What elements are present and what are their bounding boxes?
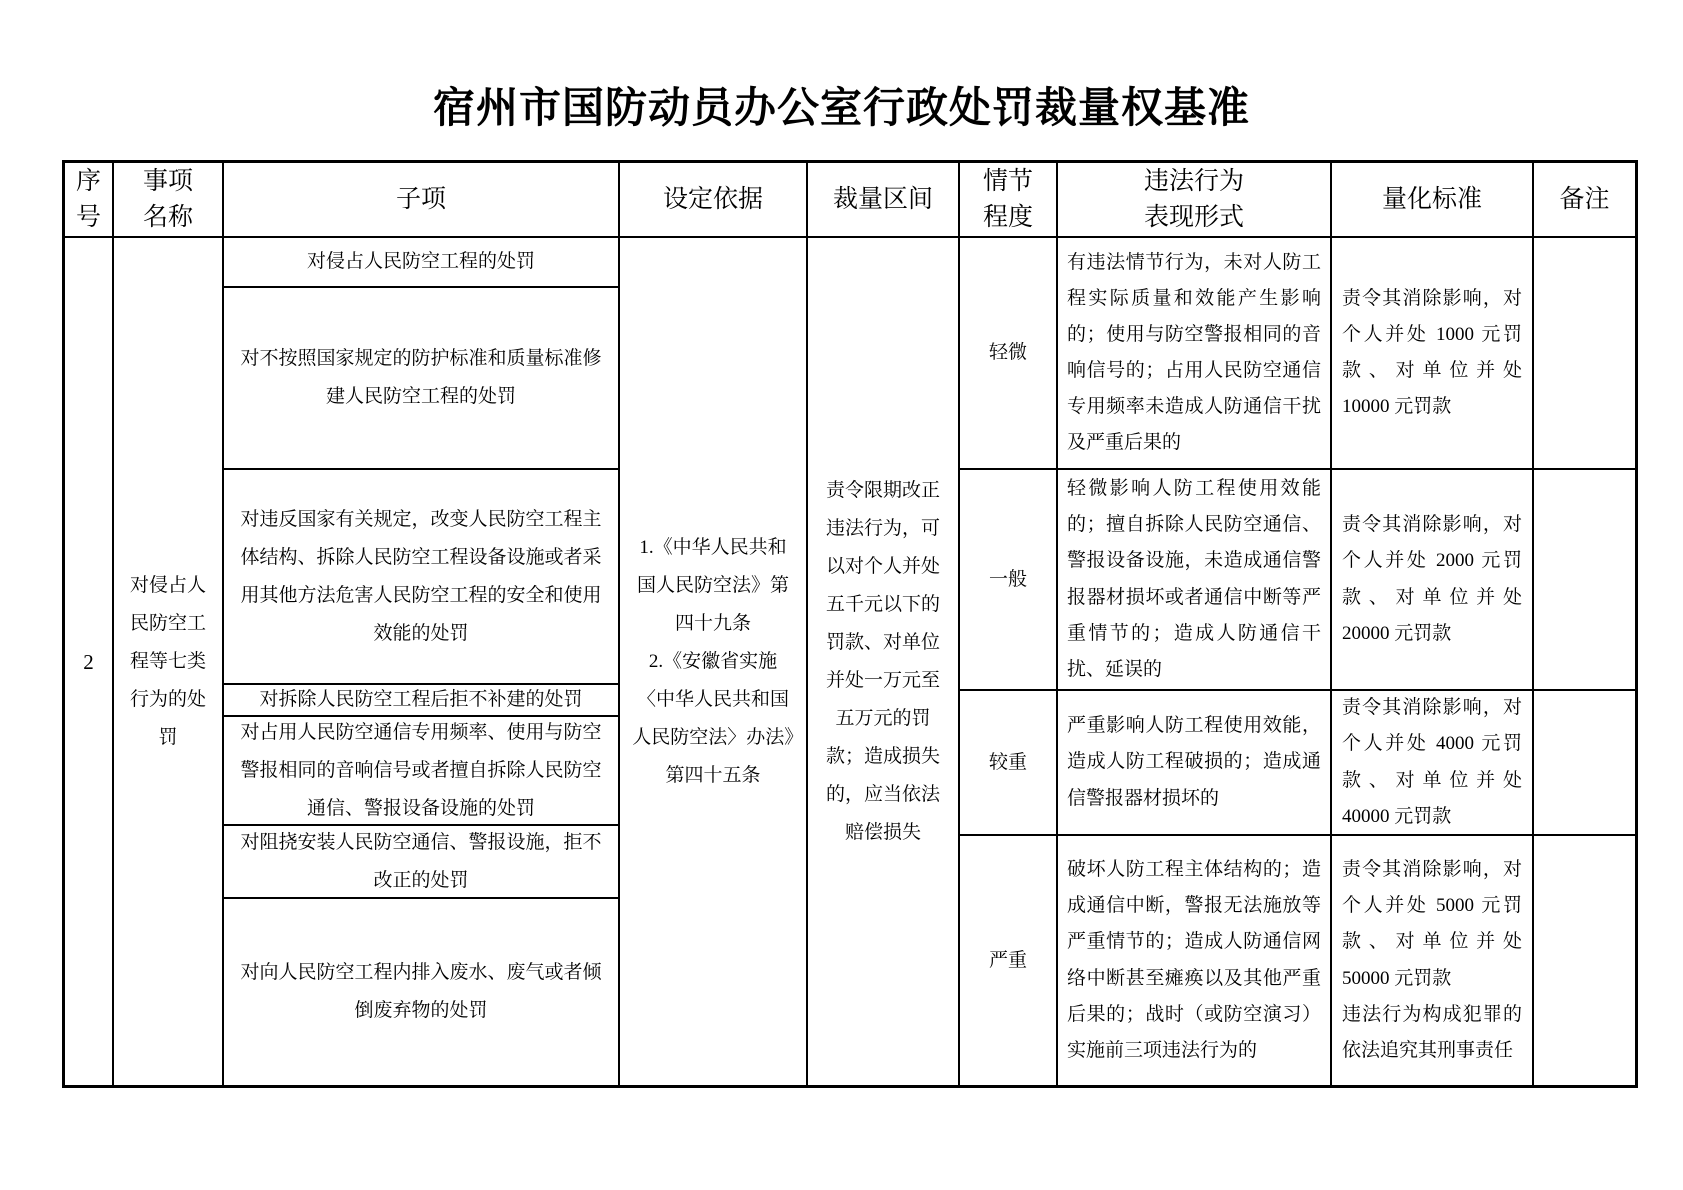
item-name-value: 对侵占人民防空工程等七类行为的处罚 — [114, 567, 222, 757]
standard-fine: 责令其消除影响，对个人并处 5000 元罚款、对单位并处 50000 元罚款 — [1342, 852, 1522, 996]
legal-basis-item: 2.《安徽省实施〈中华人民共和国人民防空法〉办法》第四十五条 — [630, 643, 796, 795]
header-standard: 量化标准 — [1332, 163, 1532, 238]
column-discretion-range: 裁量区间 责令限期改正违法行为，可以对个人并处五千元以下的罚款、对单位并处一万元… — [808, 163, 960, 1085]
remark-cell — [1534, 470, 1635, 691]
column-serial: 序号 2 — [65, 163, 114, 1085]
standard-cell: 责令其消除影响，对个人并处 4000 元罚款、对单位并处 40000 元罚款 — [1332, 691, 1532, 836]
header-discretion-range: 裁量区间 — [808, 163, 958, 238]
remark-cell — [1534, 836, 1635, 1085]
severity-level-cell: 较重 — [960, 691, 1056, 836]
behavior-cell: 严重影响人防工程使用效能，造成人防工程破损的；造成通信警报器材损坏的 — [1058, 691, 1330, 836]
standard-cell: 责令其消除影响，对个人并处 1000 元罚款、对单位并处 10000 元罚款 — [1332, 238, 1532, 470]
column-item-name: 事项名称 对侵占人民防空工程等七类行为的处罚 — [114, 163, 224, 1085]
column-standard: 量化标准 责令其消除影响，对个人并处 1000 元罚款、对单位并处 10000 … — [1332, 163, 1534, 1085]
item-name-cell: 对侵占人民防空工程等七类行为的处罚 — [114, 238, 222, 1085]
serial-cell: 2 — [65, 238, 112, 1085]
behavior-cell: 破坏人防工程主体结构的；造成通信中断，警报无法施放等严重情节的；造成人防通信网络… — [1058, 836, 1330, 1085]
header-severity-level: 情节程度 — [960, 163, 1056, 238]
legal-basis-cell: 1.《中华人民共和国人民防空法》第四十九条 2.《安徽省实施〈中华人民共和国人民… — [620, 238, 806, 1085]
discretion-range-value: 责令限期改正违法行为，可以对个人并处五千元以下的罚款、对单位并处一万元至五万元的… — [808, 472, 958, 852]
remark-cell — [1534, 691, 1635, 836]
sub-item-cell: 对侵占人民防空工程的处罚 — [224, 238, 618, 288]
column-remark: 备注 — [1534, 163, 1635, 1085]
header-serial: 序号 — [65, 163, 112, 238]
penalty-table: 序号 2 事项名称 对侵占人民防空工程等七类行为的处罚 子项 对侵占人民防空工程… — [62, 160, 1638, 1088]
column-severity-level: 情节程度 轻微 一般 较重 严重 — [960, 163, 1058, 1085]
behavior-cell: 有违法情节行为，未对人防工程实际质量和效能产生影响的；使用与防空警报相同的音响信… — [1058, 238, 1330, 470]
sub-item-cell: 对拆除人民防空工程后拒不补建的处罚 — [224, 685, 618, 717]
remark-cell — [1534, 238, 1635, 470]
severity-level-cell: 一般 — [960, 470, 1056, 691]
standard-criminal-liability: 违法行为构成犯罪的依法追究其刑事责任 — [1342, 997, 1522, 1069]
header-remark: 备注 — [1534, 163, 1635, 238]
severity-level-cell: 严重 — [960, 836, 1056, 1085]
sub-item-cell: 对向人民防空工程内排入废水、废气或者倾倒废弃物的处罚 — [224, 899, 618, 1085]
column-sub-items: 子项 对侵占人民防空工程的处罚 对不按照国家规定的防护标准和质量标准修建人民防空… — [224, 163, 620, 1085]
discretion-range-cell: 责令限期改正违法行为，可以对个人并处五千元以下的罚款、对单位并处一万元至五万元的… — [808, 238, 958, 1085]
page-title: 宿州市国防动员办公室行政处罚裁量权基准 — [0, 86, 1683, 132]
standard-cell: 责令其消除影响，对个人并处 5000 元罚款、对单位并处 50000 元罚款 违… — [1332, 836, 1532, 1085]
severity-level-cell: 轻微 — [960, 238, 1056, 470]
sub-item-cell: 对不按照国家规定的防护标准和质量标准修建人民防空工程的处罚 — [224, 288, 618, 470]
column-legal-basis: 设定依据 1.《中华人民共和国人民防空法》第四十九条 2.《安徽省实施〈中华人民… — [620, 163, 808, 1085]
column-behavior: 违法行为表现形式 有违法情节行为，未对人防工程实际质量和效能产生影响的；使用与防… — [1058, 163, 1332, 1085]
standard-cell: 责令其消除影响，对个人并处 2000 元罚款、对单位并处 20000 元罚款 — [1332, 470, 1532, 691]
sub-item-cell: 对阻挠安装人民防空通信、警报设施，拒不改正的处罚 — [224, 826, 618, 899]
document-page: 宿州市国防动员办公室行政处罚裁量权基准 序号 2 事项名称 对侵占人民防空工程等… — [0, 0, 1683, 1190]
serial-value: 2 — [65, 641, 112, 683]
legal-basis-item: 1.《中华人民共和国人民防空法》第四十九条 — [630, 529, 796, 643]
behavior-cell: 轻微影响人防工程使用效能的；擅自拆除人民防空通信、警报设备设施，未造成通信警报器… — [1058, 470, 1330, 691]
header-sub-item: 子项 — [224, 163, 618, 238]
sub-item-cell: 对占用人民防空通信专用频率、使用与防空警报相同的音响信号或者擅自拆除人民防空通信… — [224, 717, 618, 826]
sub-item-cell: 对违反国家有关规定，改变人民防空工程主体结构、拆除人民防空工程设备设施或者采用其… — [224, 470, 618, 685]
header-item-name: 事项名称 — [114, 163, 222, 238]
header-legal-basis: 设定依据 — [620, 163, 806, 238]
header-behavior: 违法行为表现形式 — [1058, 163, 1330, 238]
